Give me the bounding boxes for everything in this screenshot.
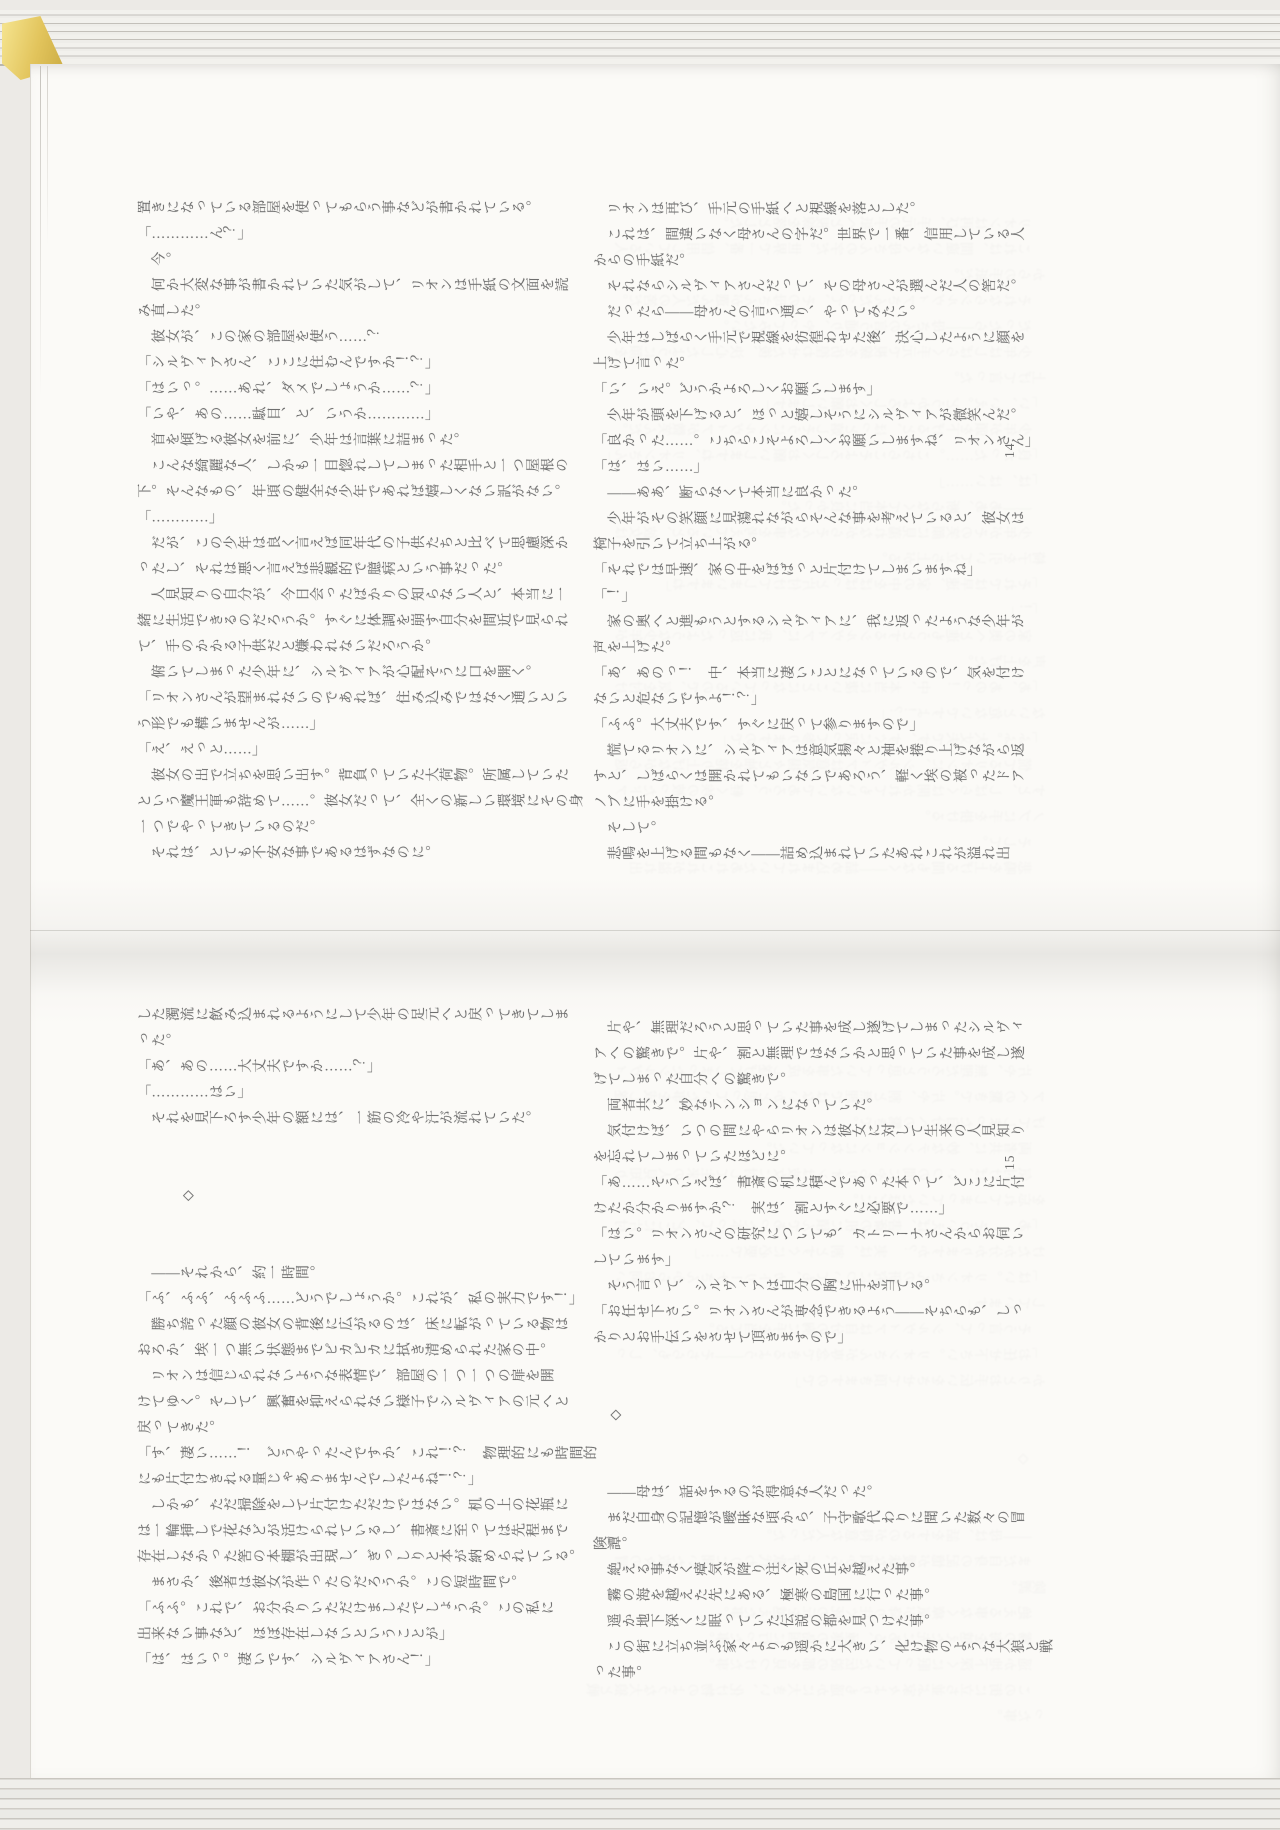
text-line: リオンは信じられないような表情で、部屋の一つ一つの扉を開 [137,1364,595,1390]
text-line [593,1455,1041,1481]
text-line: アへの驚きで。片や、割と無理ではないかと思っていた事を成し遂 [593,1042,1041,1068]
text-line: ないと危ないですよ！？」 [593,687,1041,713]
text-line: 「はいっ。……あれ、ダメでしょうか……？」 [137,377,595,403]
page14-second-column-block: リオンは再び、手元の手紙へと視線を落とした。 これは、間違いなく母さんの字だ。世… [593,197,1041,868]
text-line: 「は、はいっ。凄いです、シルヴィアさん！」 [137,1648,595,1674]
text-line: しかも、ただ掃除をして片付けただけではない。机の上の花瓶に [137,1493,595,1519]
text-line: リオンは再び、手元の手紙へと視線を落とした。 [593,197,1041,223]
text-line: 「はい。リオンさんの研究についても、カトリーナさんからお伺い [593,1222,1041,1248]
text-line: 「シルヴィアさん、ここに住むんですか！？」 [137,351,595,377]
page15-first-column-block: した濁流に飲み込まれるようにして少年の足元へと戻ってきてしまった。「あ、あの……… [137,1003,595,1674]
text-line: そして。 [593,816,1041,842]
text-line: 悲鳴を上げる間もなく——詰め込まれていたあれこれが溢れ出 [593,842,1041,868]
text-line [137,1158,595,1184]
text-line: 緒に生活できるのだろうか。すぐに体調を崩す自分を間近で見られ [137,609,595,635]
text-line: 人見知りの自分が、今日会ったばかりの知らない人と、本当に一 [137,583,595,609]
text-line: にも片付けきれる量じゃありませんでしたよね！？」 [137,1467,595,1493]
text-line: ——母は、話をするのが得意な人だった。 [593,1480,1041,1506]
text-line [137,1235,595,1261]
text-line: しています」 [593,1248,1041,1274]
text-line: 険譚。 [593,1532,1041,1558]
text-line: けてゆく。そして、興奮を抑えられない様子でシルヴィアの元へと [137,1390,595,1416]
text-line: は一輪挿しで花などが活けられているし、書斎に至っては先程まで [137,1519,595,1545]
text-line: 何か大変な事が書かれていた気がして、リオンは手紙の文面を読 [137,273,595,299]
text-line: 少年がその笑顔に見蕩れながらそんな事を考えていると、彼女は [593,507,1041,533]
text-line: 「い、いえ。どうかよろしくお願いします」 [593,378,1041,404]
page-number-14: 14 [1010,436,1036,466]
text-line: 「は、はい……」 [593,455,1041,481]
text-line: を忘れてしまっていたほどに。 [593,1145,1041,1171]
page-overlap-line [30,930,1280,931]
text-line: 「…………はい」 [137,1080,595,1106]
text-line: 「あ、あの……大丈夫ですか……？」 [137,1055,595,1081]
text-line: これは、間違いなく母さんの字だ。世界で一番、信用している人 [593,223,1041,249]
text-line: 出来ない事など、ほぼ存在しないということが」 [137,1622,595,1648]
text-line: けたか分かりますか？ 実は、割とすぐに必要で……」 [593,1197,1041,1223]
text-line: ——それから、約一時間。 [137,1261,595,1287]
text-line: 「お任せ下さい。リオンさんが専念できるよう——そちらも、しっ [593,1300,1041,1326]
page-stack-edges-top [0,10,1280,66]
page-edge-line [40,66,41,396]
book-scan: { "book": { "pages": [ { "number": "14",… [0,0,1280,1830]
text-line: った事。 [593,1661,1041,1687]
text-line: み直した。 [137,299,595,325]
text-line: した濁流に飲み込まれるようにして少年の足元へと戻ってきてしま [137,1003,595,1029]
text-line: 少年が頭を下げると、ほっと嬉しそうにシルヴィアが微笑んだ。 [593,403,1041,429]
text-line: 彼女が、この家の部屋を使う……？ [137,325,595,351]
text-line: 「あ、あのっ！ 中、本当に凄いことになっているので、気を付け [593,661,1041,687]
text-line: ノブに手を掛ける。 [593,790,1041,816]
text-line: う形でも構いませんが……」 [137,712,595,738]
text-line: 「ふふ。大丈夫です、すぐに戻って参りますので」 [593,713,1041,739]
page-edge-line [47,66,48,246]
page14-first-column-block: 置きになっている部屋を使ってもらう事などが書かれている。「…………ん？」 今。 … [137,196,595,867]
text-line [593,1377,1041,1403]
text-line: 「いや、あの……駄目、と、いうか…………」 [137,402,595,428]
text-line: った事。 [598,1705,1046,1731]
text-line: そう言って、シルヴィアは自分の胸に手を当てる。 [593,1274,1041,1300]
text-line: 「ふ、ふふ、ふふふ……どうでしょうか。これが、私の実力です！」 [137,1287,595,1313]
page15-second-column-block: 片や、無理だろうと思っていた事を成し遂げてしまったシルヴィアへの驚きで。片や、割… [593,1016,1041,1687]
text-line: 椅子を引いて立ち上がる。 [593,532,1041,558]
text-line [137,1132,595,1158]
text-line: げてしまった自分への驚きで。 [593,1068,1041,1094]
text-line [593,1351,1041,1377]
text-line: 両者共に、妙なテンションになっていた。 [593,1093,1041,1119]
text-line: 彼女の出で立ちを思い出す。背負っていた大荷物。所属していた [137,764,595,790]
text-line: かりとお手伝いをさせて頂きますので」 [593,1326,1041,1352]
text-line: 遥か地下深くに眠っていた伝説の都を見つけた事。 [593,1609,1041,1635]
text-line: それならシルヴィアさんだって、その母さんが選んだ人の筈だ。 [593,274,1041,300]
text-line: ◇ [137,1184,595,1210]
text-line: 「それでは早速、家の中をばばっと片付けてしまいますね」 [593,558,1041,584]
page-stack-edges-bottom [0,1778,1280,1830]
text-line: という魔王軍も辞めて……。彼女だって、全くの新しい環境にその身 [137,789,595,815]
text-line: まさか、後者は彼女が作ったのだろうか。この短時間で。 [137,1571,595,1597]
text-line: それを見下ろす少年の額には、一筋の冷や汗が流れていた。 [137,1106,595,1132]
text-line: 「あ……そういえば、書斎の机に積んであった本って、どこに片付 [593,1171,1041,1197]
text-line: ——ああ、断らなくて本当に良かった。 [593,481,1041,507]
text-line: この街に立ち並ぶ家々よりも遥かに大きい、化け物のような大狼と戦 [593,1635,1041,1661]
text-line: 勝ち誇った顔の彼女の背後に広がるのは、床に転がっている物は [137,1313,595,1339]
text-line: 声を上げた。 [593,636,1041,662]
text-line: 「！」 [593,584,1041,610]
text-line: からの手紙だ。 [593,249,1041,275]
text-line: だが、この少年は良く言えば同年代の子供たちと比べて思慮深か [137,531,595,557]
text-line: 「リオンさんが望まれないのであれば、住み込みではなく通いとい [137,686,595,712]
text-line: 少年はしばらく手元で視線を彷徨わせた後、決心したように顔を [593,326,1041,352]
page-number-15: 15 [1010,1148,1036,1178]
text-line: 片や、無理だろうと思っていた事を成し遂げてしまったシルヴィ [593,1016,1041,1042]
text-line: 家の奥へと進もうとするシルヴィアに、我に返ったような少年が [593,610,1041,636]
text-line: 「…………」 [137,506,595,532]
text-line: 絶える事なく瘴気が降り注ぐ死の丘を越えた事。 [593,1558,1041,1584]
text-line: おろか、埃一つ無い状態までピカピカに拭き清められた家の中。 [137,1338,595,1364]
text-line: 首を傾げる彼女を前に、少年は言葉に詰まった。 [137,428,595,454]
text-line [137,1209,595,1235]
text-line: すと、しばらくは開かれてもいないであろう、軽く埃の被ったドア [593,765,1041,791]
text-line: 「ふふ。これで、お分かりいただけましたでしょうか。この私に [137,1596,595,1622]
text-line: 下。そんなもの、年頃の健全な少年であれば嬉しくない訳がない。 [137,480,595,506]
text-line: 置きになっている部屋を使ってもらう事などが書かれている。 [137,196,595,222]
text-line: ◇ [593,1403,1041,1429]
text-line: 今。 [137,248,595,274]
text-line: った。 [137,1029,595,1055]
text-line: 俯いてしまった少年に、シルヴィアが心配そうに口を開く。 [137,660,595,686]
text-line: こんな綺麗な人、しかも一目惚れしてしまった相手と一つ屋根の [137,454,595,480]
text-line: だったら——母さんの言う通り、やってみたい。 [593,300,1041,326]
text-line: それは、とても不安な事であるはずなのに。 [137,841,595,867]
text-line: 「…………ん？」 [137,222,595,248]
text-line [593,1429,1041,1455]
text-line: 「え、えっと……」 [137,738,595,764]
text-line: て、手のかかる子供だと嫌われないだろうか。 [137,635,595,661]
text-line: 気付けば、いつの間にやらリオンは彼女に対して生来の人見知り [593,1119,1041,1145]
text-line: 存在しなかった筈の本棚が出現し、ぎっしりと本が納められている。 [137,1545,595,1571]
text-line: まだ自身の記憶が曖昧な頃から、子守歌代わりに聞いた数々の冒 [593,1506,1041,1532]
text-line: 「す、凄い……！ どうやったんですか、これ！？ 物理的にも時間的 [137,1442,595,1468]
text-line: 戻ってきた。 [137,1416,595,1442]
text-line: ったし、それは悪く言えば悲観的で臆病という事だった。 [137,557,595,583]
text-line: 一つでやってきているのだ。 [137,815,595,841]
text-line: 慌てるリオンに、シルヴィアは意気揚々と袖を捲り上げながら返 [593,739,1041,765]
text-line: 上げて言った。 [593,352,1041,378]
text-line: 霧の海を越えた先にある、極寒の島国に行った事。 [593,1584,1041,1610]
text-line: 「良かった……。こちらこそよろしくお願いしますね、リオンさん」 [593,429,1041,455]
